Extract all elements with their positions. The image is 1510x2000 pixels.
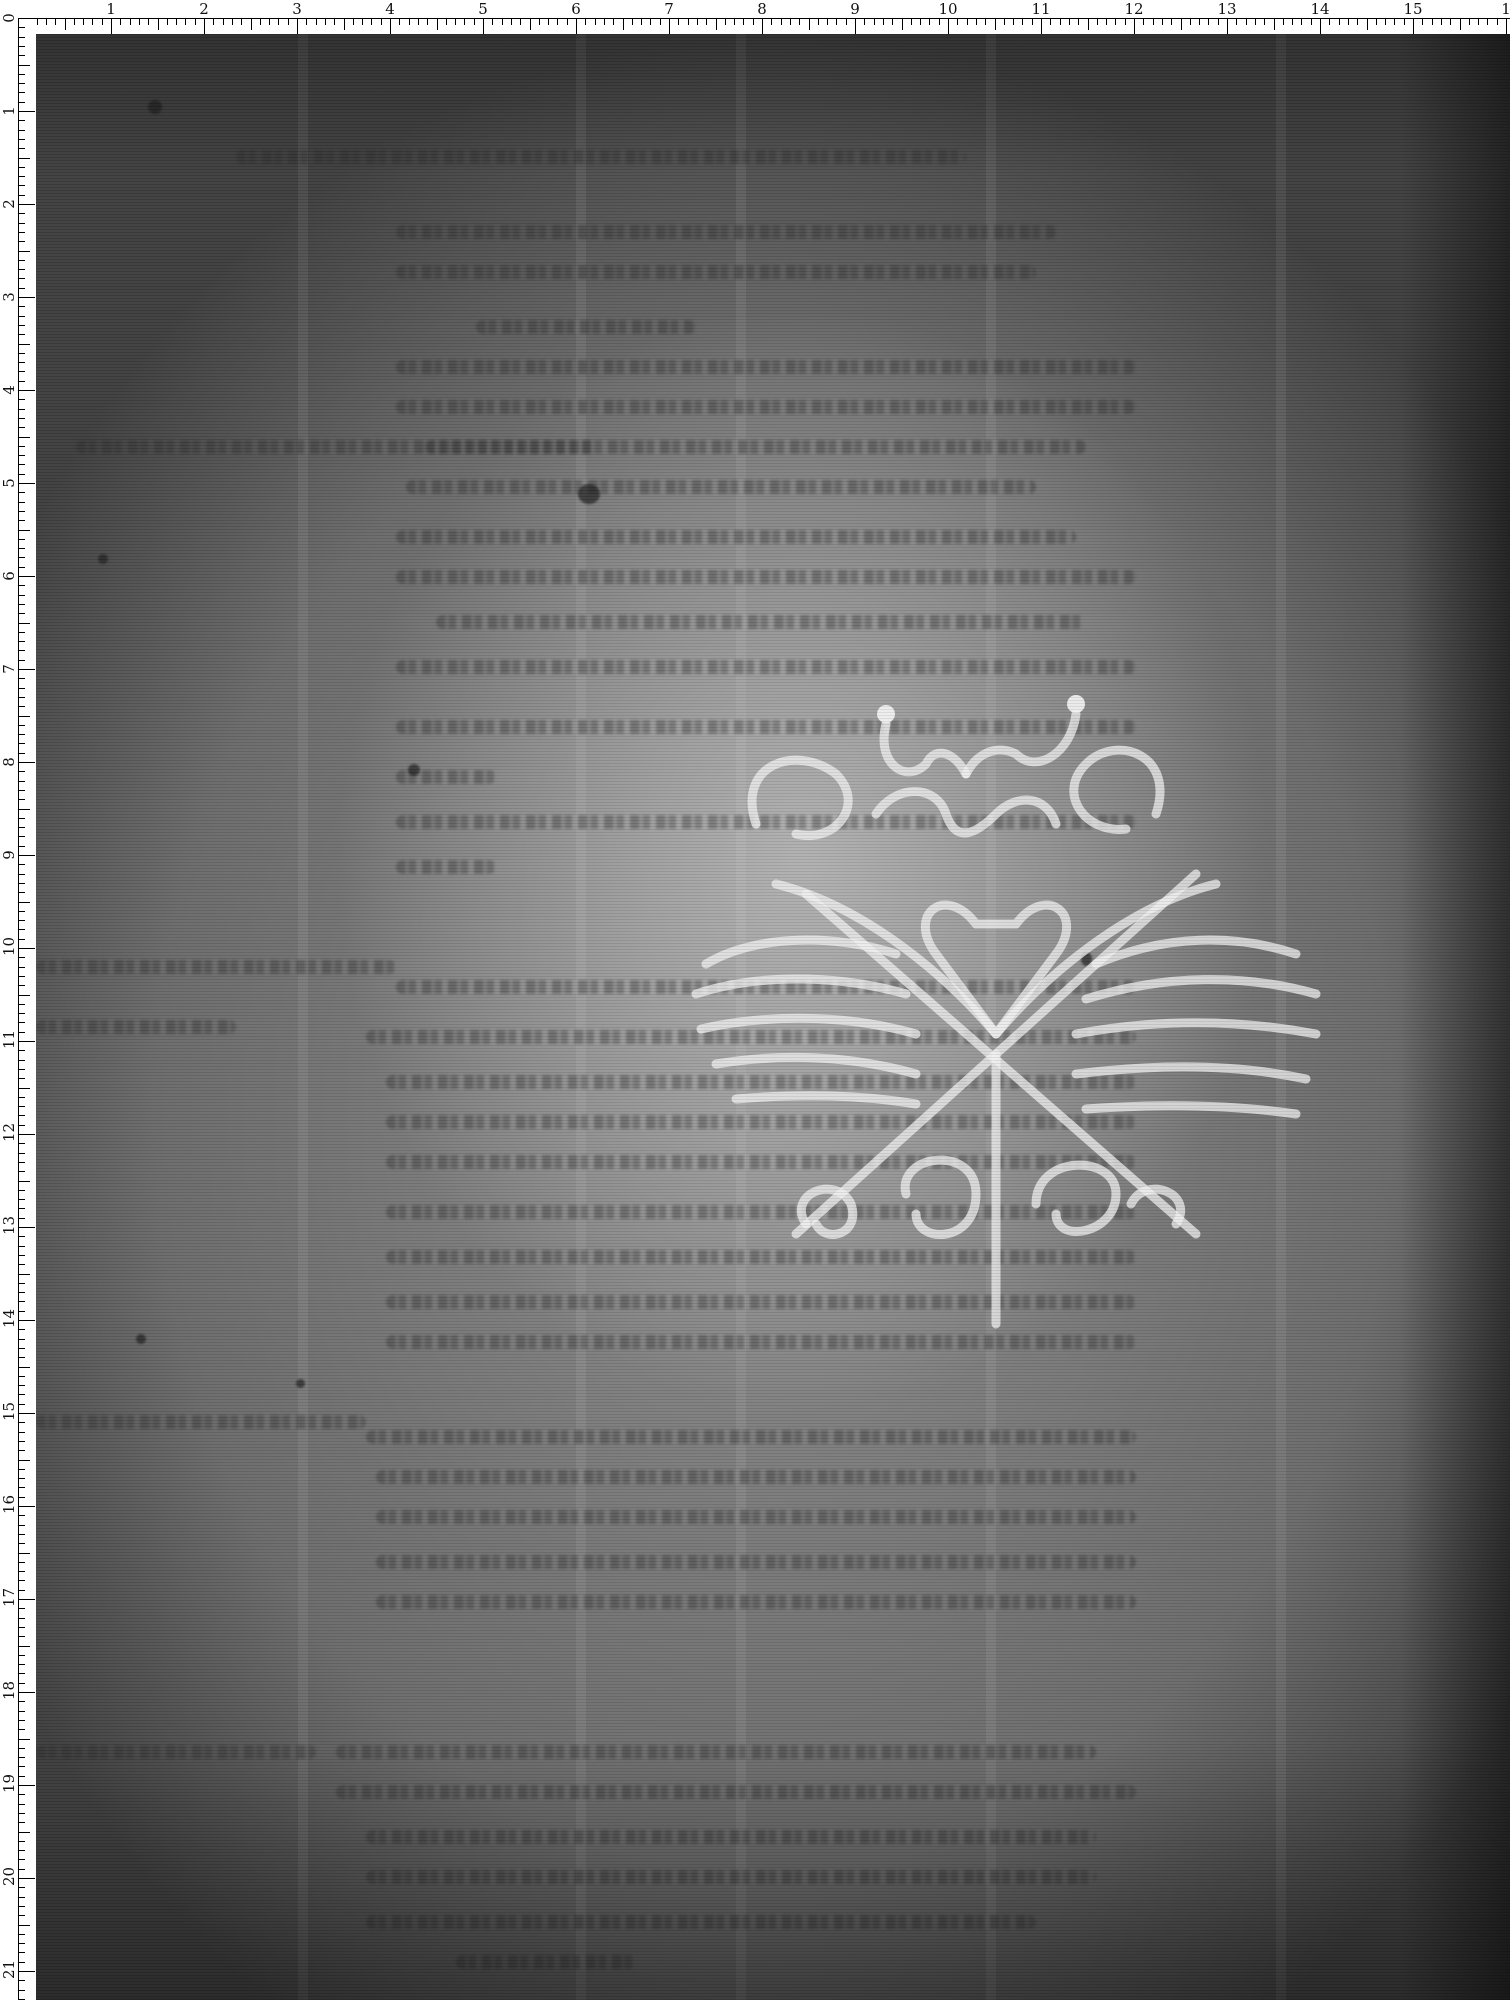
ruler-tick	[19, 1822, 25, 1823]
ruler-tick	[19, 1487, 25, 1488]
ruler-tick	[1339, 19, 1340, 25]
ruler-tick	[19, 483, 35, 484]
horizontal-ruler: 01234567891011121314151	[0, 0, 1510, 34]
ruler-tick	[1255, 19, 1256, 25]
ruler-tick	[19, 1711, 25, 1712]
ruler-tick	[19, 251, 30, 252]
ruler-tick	[1404, 19, 1405, 25]
ruler-tick	[19, 381, 25, 382]
ruler-tick	[19, 911, 25, 912]
ruler-tick	[241, 19, 242, 25]
ruler-tick	[19, 1553, 30, 1554]
ruler-tick	[19, 362, 25, 363]
ruler-label-x: 11	[1031, 0, 1050, 18]
ruler-tick	[19, 1125, 25, 1126]
ruler-tick	[195, 19, 196, 25]
ruler-tick	[1376, 19, 1377, 25]
ruler-tick	[19, 1646, 30, 1647]
vertical-ruler: 0123456789101112131415161718192021	[0, 0, 35, 2000]
ruler-tick	[19, 753, 25, 754]
ruler-tick	[19, 83, 25, 84]
ruler-tick	[706, 19, 707, 25]
ruler-tick	[19, 1729, 25, 1730]
ruler-tick	[19, 390, 35, 391]
ruler-tick	[19, 1952, 25, 1953]
ruler-tick	[19, 1962, 25, 1963]
ruler-label-y: 20	[0, 1870, 18, 1886]
ruler-tick	[19, 1506, 35, 1507]
ruler-tick	[1069, 19, 1070, 25]
ruler-tick	[19, 1227, 35, 1228]
ruler-tick	[269, 19, 270, 25]
ruler-tick	[1162, 19, 1163, 25]
ruler-tick	[55, 19, 56, 25]
ruler-tick	[19, 1804, 25, 1805]
ruler-tick	[19, 771, 25, 772]
ruler-tick	[19, 1153, 25, 1154]
ruler-label-x: 9	[850, 0, 860, 18]
ruler-tick	[1199, 19, 1200, 25]
ruler-label-y: 16	[0, 1498, 18, 1514]
ruler-tick	[19, 827, 25, 828]
ruler-tick	[19, 1032, 25, 1033]
ruler-tick	[1218, 19, 1219, 25]
ruler-tick	[492, 19, 493, 25]
ruler-tick	[19, 641, 25, 642]
ruler-tick	[19, 334, 25, 335]
ruler-tick	[19, 1478, 25, 1479]
ruler-tick	[1246, 19, 1247, 25]
ruler-tick	[223, 19, 224, 25]
ruler-tick	[176, 19, 177, 25]
ruler-tick	[427, 19, 428, 25]
ruler-tick	[390, 19, 391, 35]
ruler-tick	[19, 1785, 35, 1786]
ruler-label-y: 12	[0, 1126, 18, 1142]
ruler-tick	[19, 1608, 25, 1609]
ruler-tick	[19, 1422, 25, 1423]
ruler-tick	[19, 864, 25, 865]
ruler-tick	[316, 19, 317, 25]
ruler-label-x: 6	[571, 0, 581, 18]
ruler-tick	[19, 353, 25, 354]
ruler-tick	[1348, 19, 1349, 25]
ruler-tick	[19, 232, 25, 233]
ruler-tick	[130, 19, 131, 25]
ruler-tick	[19, 1255, 25, 1256]
scan-line-texture	[36, 34, 1510, 2000]
ruler-tick	[19, 1906, 25, 1907]
ruler-label-y: 9	[0, 847, 18, 863]
ruler-label-y: 8	[0, 754, 18, 770]
ruler-tick	[19, 1441, 25, 1442]
ruler-tick	[520, 19, 521, 25]
ruler-tick	[120, 19, 121, 25]
ruler-tick	[19, 1990, 25, 1991]
ruler-tick	[1208, 19, 1209, 25]
ruler-tick	[19, 697, 25, 698]
ruler-tick	[19, 1580, 25, 1581]
ruler-tick	[19, 1013, 25, 1014]
ruler-tick	[437, 19, 438, 30]
ruler-tick	[1301, 19, 1302, 25]
ruler-tick	[1041, 19, 1042, 35]
ruler-tick	[19, 18, 35, 19]
ruler-tick	[19, 706, 25, 707]
ruler-tick	[19, 1004, 25, 1005]
ruler-tick	[19, 55, 25, 56]
ruler-tick	[19, 1878, 35, 1879]
ruler-tick	[325, 19, 326, 25]
ruler-tick	[167, 19, 168, 25]
ruler-tick	[19, 1199, 25, 1200]
ruler-tick	[19, 967, 25, 968]
ruler-tick	[19, 176, 25, 177]
ruler-tick	[19, 1060, 25, 1061]
ruler-tick	[967, 19, 968, 25]
ruler-tick	[1153, 19, 1154, 25]
ruler-tick	[19, 1329, 25, 1330]
ruler-tick	[19, 1050, 25, 1051]
ruler-tick	[455, 19, 456, 25]
ruler-tick	[19, 809, 30, 810]
ruler-tick	[1478, 19, 1479, 25]
ruler-tick	[19, 1394, 25, 1395]
ruler-tick	[19, 1562, 25, 1563]
ruler-tick	[19, 1543, 25, 1544]
ruler-tick	[1115, 19, 1116, 25]
ruler-tick	[957, 19, 958, 25]
ruler-tick	[19, 92, 25, 93]
ruler-tick	[19, 399, 25, 400]
ruler-tick	[1060, 19, 1061, 25]
ruler-tick	[19, 1218, 25, 1219]
ruler-tick	[19, 1869, 25, 1870]
ruler-tick	[19, 102, 25, 103]
ruler-tick	[111, 19, 112, 35]
ruler-tick	[19, 576, 35, 577]
ruler-tick	[297, 19, 298, 35]
ruler-tick	[1413, 19, 1414, 35]
ruler-tick	[19, 585, 25, 586]
ruler-tick	[1022, 19, 1023, 25]
ruler-tick	[19, 548, 25, 549]
ruler-tick	[1106, 19, 1107, 25]
ruler-tick	[19, 1413, 35, 1414]
ruler-tick	[19, 1897, 25, 1898]
ruler-tick	[19, 1813, 25, 1814]
ruler-tick	[446, 19, 447, 25]
ruler-tick	[1143, 19, 1144, 25]
ruler-tick	[19, 530, 30, 531]
ruler-tick	[1227, 19, 1228, 35]
ruler-tick	[19, 1292, 25, 1293]
ruler-tick	[19, 985, 25, 986]
ruler-label-x: 4	[385, 0, 395, 18]
ruler-tick	[19, 1376, 25, 1377]
ruler-tick	[19, 1264, 25, 1265]
ruler-tick	[1394, 19, 1395, 25]
ruler-tick	[19, 1246, 25, 1247]
vignette-right	[1400, 34, 1510, 2000]
ruler-label-x: 2	[199, 0, 209, 18]
ruler-tick	[19, 567, 25, 568]
ruler-tick	[660, 19, 661, 25]
ruler-tick	[19, 874, 25, 875]
ruler-tick	[19, 1367, 30, 1368]
ruler-tick	[353, 19, 354, 25]
ruler-tick	[19, 1915, 25, 1916]
ruler-tick	[19, 790, 25, 791]
ruler-tick	[19, 1143, 25, 1144]
ruler-tick	[1432, 19, 1433, 25]
ruler-tick	[65, 19, 66, 30]
ruler-tick	[19, 716, 30, 717]
ruler-tick	[37, 19, 38, 25]
ruler-tick	[19, 1357, 25, 1358]
ruler-tick	[19, 74, 25, 75]
ruler-tick	[19, 111, 35, 112]
ruler-tick	[1357, 19, 1358, 25]
ruler-tick	[892, 19, 893, 25]
ruler-tick	[19, 520, 25, 521]
ruler-tick	[19, 1980, 25, 1981]
ruler-tick	[19, 688, 25, 689]
ruler-tick	[1013, 19, 1014, 25]
ruler-tick	[19, 883, 25, 884]
ruler-tick	[19, 1515, 25, 1516]
ruler-tick	[19, 995, 30, 996]
ruler-tick	[669, 19, 670, 35]
ruler-tick	[19, 1971, 35, 1972]
ruler-tick	[185, 19, 186, 25]
ruler-tick	[92, 19, 93, 25]
ruler-tick	[19, 120, 25, 121]
ruler-tick	[585, 19, 586, 25]
ruler-label-x: 13	[1217, 0, 1236, 18]
ruler-tick	[19, 1766, 25, 1767]
ruler-tick	[855, 19, 856, 35]
ruler-tick	[809, 19, 810, 30]
ruler-tick	[278, 19, 279, 25]
ruler-tick	[1004, 19, 1005, 25]
ruler-tick	[19, 1404, 25, 1405]
ruler-label-y: 1	[0, 103, 18, 119]
vignette-bottom	[36, 1740, 1510, 2000]
ruler-tick	[985, 19, 986, 25]
ruler-tick	[19, 139, 25, 140]
ruler-tick	[19, 1887, 25, 1888]
ruler-tick	[641, 19, 642, 25]
ruler-label-y: 19	[0, 1777, 18, 1793]
ruler-tick	[1292, 19, 1293, 25]
ruler-tick	[836, 19, 837, 25]
ruler-tick	[19, 223, 25, 224]
ruler-tick	[19, 1450, 25, 1451]
ruler-tick	[771, 19, 772, 25]
ruler-tick	[19, 437, 30, 438]
ruler-tick	[19, 1134, 35, 1135]
ruler-tick	[19, 1943, 25, 1944]
ruler-tick	[502, 19, 503, 25]
ruler-tick	[19, 46, 25, 47]
ruler-tick	[19, 1673, 25, 1674]
ruler-tick	[19, 37, 25, 38]
ruler-tick	[530, 19, 531, 30]
ruler-tick	[734, 19, 735, 25]
ruler-tick	[19, 1171, 25, 1172]
ruler-tick	[19, 1497, 25, 1498]
ruler-tick	[19, 929, 25, 930]
ruler-tick	[650, 19, 651, 25]
ruler-label-y: 10	[0, 940, 18, 956]
ruler-tick	[19, 204, 35, 205]
ruler-tick	[1236, 19, 1237, 25]
ruler-tick	[1487, 19, 1488, 25]
ruler-label-x: 3	[292, 0, 302, 18]
ruler-tick	[19, 1664, 25, 1665]
ruler-tick	[19, 818, 25, 819]
ruler-tick	[371, 19, 372, 25]
ruler-tick	[19, 1208, 25, 1209]
ruler-label-y: 2	[0, 196, 18, 212]
ruler-tick	[483, 19, 484, 35]
ruler-tick	[19, 1627, 25, 1628]
ruler-tick	[19, 511, 25, 512]
ruler-label-y: 5	[0, 475, 18, 491]
ruler-tick	[1125, 19, 1126, 25]
ruler-tick	[19, 604, 25, 605]
ruler-tick	[19, 1934, 25, 1935]
ruler-tick	[158, 19, 159, 30]
ruler-tick	[19, 1162, 25, 1163]
ruler-tick	[19, 185, 25, 186]
ruler-tick	[344, 19, 345, 30]
ruler-tick	[19, 902, 30, 903]
ruler-label-x: 15	[1403, 0, 1422, 18]
ruler-label-y: 13	[0, 1219, 18, 1235]
ruler-tick	[204, 19, 205, 35]
ruler-tick	[19, 1701, 25, 1702]
ruler-tick	[334, 19, 335, 25]
ruler-tick	[19, 344, 30, 345]
ruler-tick	[613, 19, 614, 25]
ruler-tick	[19, 539, 25, 540]
ruler-label-y: 17	[0, 1591, 18, 1607]
ruler-tick	[753, 19, 754, 25]
ruler-tick	[19, 623, 30, 624]
ruler-tick	[19, 1683, 25, 1684]
ruler-tick	[19, 1757, 25, 1758]
ruler-tick	[19, 1432, 25, 1433]
ruler-tick	[19, 306, 25, 307]
ruler-tick	[19, 799, 25, 800]
ruler-label-x: 7	[664, 0, 674, 18]
ruler-tick	[1329, 19, 1330, 25]
ruler-tick	[19, 976, 25, 977]
ruler-tick	[697, 19, 698, 25]
ruler-tick	[781, 19, 782, 25]
ruler-tick	[19, 781, 25, 782]
ruler-tick	[1264, 19, 1265, 25]
manuscript-scan	[36, 34, 1510, 2000]
ruler-label-x: 14	[1310, 0, 1329, 18]
ruler-tick	[19, 948, 35, 949]
ruler-tick	[19, 213, 25, 214]
ruler-tick	[19, 1022, 25, 1023]
ruler-tick	[911, 19, 912, 25]
ruler-label-y: 21	[0, 1963, 18, 1979]
ruler-tick	[19, 1460, 30, 1461]
ruler-tick	[19, 325, 25, 326]
ruler-tick	[19, 846, 25, 847]
ruler-tick	[539, 19, 540, 25]
ruler-tick	[19, 492, 25, 493]
ruler-tick	[19, 762, 35, 763]
ruler-tick	[19, 1618, 25, 1619]
ruler-tick	[19, 316, 25, 317]
ruler-tick	[19, 502, 25, 503]
ruler-tick	[19, 1348, 25, 1349]
ruler-tick	[19, 269, 25, 270]
ruler-tick	[1274, 19, 1275, 30]
ruler-tick	[1032, 19, 1033, 25]
ruler-tick	[548, 19, 549, 25]
ruler-tick	[948, 19, 949, 35]
ruler-tick	[874, 19, 875, 25]
ruler-label-x: 8	[757, 0, 767, 18]
ruler-tick	[623, 19, 624, 30]
ruler-tick	[19, 1190, 25, 1191]
ruler-tick	[1497, 19, 1498, 25]
ruler-tick	[818, 19, 819, 25]
ruler-tick	[19, 957, 25, 958]
ruler-tick	[19, 1339, 25, 1340]
ruler-tick	[1506, 19, 1507, 35]
ruler-tick	[725, 19, 726, 25]
ruler-tick	[19, 288, 25, 289]
ruler-tick	[19, 148, 25, 149]
ruler-tick	[790, 19, 791, 25]
ruler-tick	[19, 1283, 25, 1284]
ruler-tick	[19, 260, 25, 261]
ruler-tick	[19, 632, 25, 633]
ruler-tick	[213, 19, 214, 25]
ruler-tick	[464, 19, 465, 25]
ruler-tick	[743, 19, 744, 25]
ruler-tick	[557, 19, 558, 25]
ruler-tick	[19, 409, 25, 410]
ruler-tick	[19, 1841, 25, 1842]
ruler-tick	[827, 19, 828, 25]
ruler-tick	[19, 455, 25, 456]
ruler-tick	[19, 1106, 25, 1107]
ruler-label-y: 0	[0, 10, 18, 26]
ruler-tick	[19, 743, 25, 744]
ruler-tick	[474, 19, 475, 25]
ruler-tick	[19, 669, 35, 670]
ruler-tick	[19, 1069, 25, 1070]
ruler-tick	[511, 19, 512, 25]
ruler-tick	[148, 19, 149, 25]
ruler-tick	[604, 19, 605, 25]
ruler-tick	[19, 1832, 30, 1833]
ruler-tick	[929, 19, 930, 25]
vignette-top	[36, 34, 1510, 174]
ruler-tick	[920, 19, 921, 25]
ruler-tick	[1088, 19, 1089, 30]
ruler-tick	[19, 1794, 25, 1795]
